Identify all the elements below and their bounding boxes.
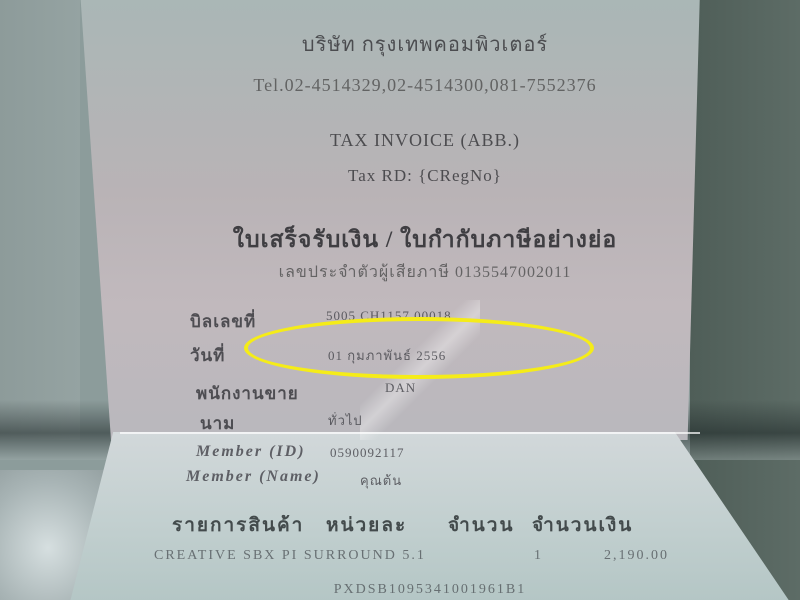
member-name-value: คุณต้น <box>360 470 402 491</box>
store-phone: Tel.02-4514329,02-4514300,081-7552376 <box>200 75 650 96</box>
column-qty: จำนวน <box>448 510 514 540</box>
salesperson-label: พนักงานขาย <box>196 380 299 407</box>
bill-number-label: บิลเลขที่ <box>190 308 256 335</box>
salesperson-value: DAN <box>385 380 416 396</box>
serial-number: PXDSB1095341001961B1 <box>280 582 580 598</box>
item-amount: 2,190.00 <box>604 548 669 564</box>
tax-invoice-heading: TAX INVOICE (ABB.) <box>200 130 650 151</box>
tax-id: เลขประจำตัวผู้เสียภาษี 0135547002011 <box>200 260 650 285</box>
customer-label: นาม <box>200 410 235 437</box>
customer-value: ทั่วไป <box>328 410 363 431</box>
item-name: CREATIVE SBX PI SURROUND 5.1 <box>154 548 426 564</box>
background-wall <box>0 0 80 440</box>
date-label: วันที่ <box>190 342 225 369</box>
member-name-label: Member (Name) <box>186 468 321 486</box>
receipt-title: ใบเสร็จรับเงิน / ใบกำกับภาษีอย่างย่อ <box>200 222 650 258</box>
item-qty: 1 <box>534 548 543 564</box>
highlight-ellipse <box>244 317 594 379</box>
store-name: บริษัท กรุงเทพคอมพิวเตอร์ <box>200 28 650 60</box>
member-id-label: Member (ID) <box>196 443 306 461</box>
column-amount: จำนวนเงิน <box>532 510 633 540</box>
column-unit-price: หน่วยละ <box>326 510 407 540</box>
tax-rd: Tax RD: {CRegNo} <box>200 166 650 186</box>
member-id-value: 0590092117 <box>330 445 405 461</box>
column-item: รายการสินค้า <box>172 510 304 540</box>
